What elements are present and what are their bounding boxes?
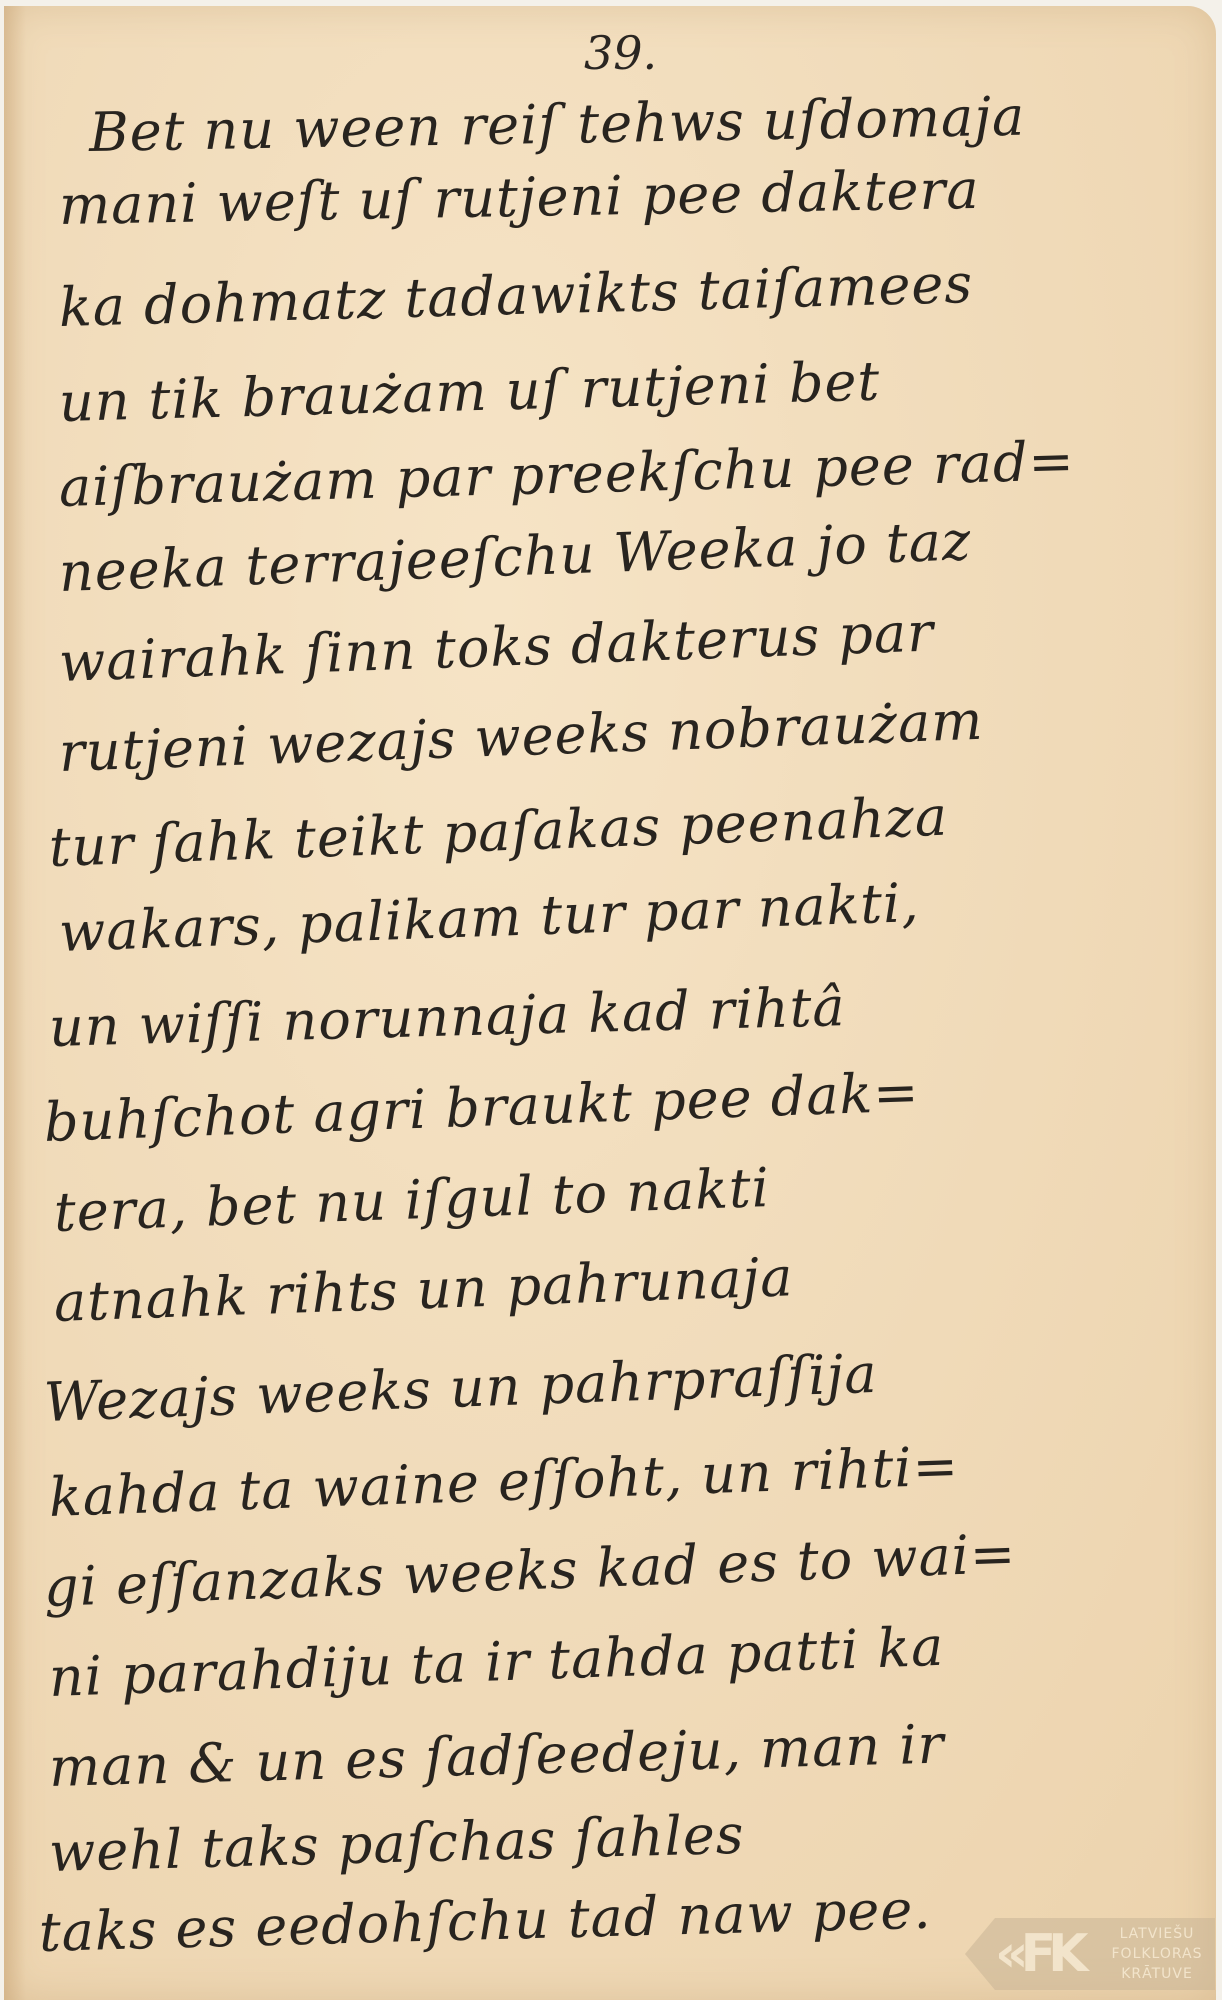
text-line: aiſbraużam par preekſchu pee rad=: [58, 429, 1075, 519]
text-line: un wiſſi norunnaja kad rihtâ: [48, 975, 846, 1059]
text-line: man & un es ſadſeedeju, man ir: [48, 1713, 945, 1799]
watermark-line-2: FOLKLORAS: [1105, 1944, 1209, 1964]
text-line: ka dohmatz tadawikts taiſamees: [58, 252, 974, 339]
text-line: wairahk ſinn toks dakterus par: [58, 600, 935, 694]
text-line: wakars, palikam tur par nakti,: [58, 871, 920, 964]
text-line: ni parahdiju ta ir tahda patti ka: [48, 1615, 945, 1709]
text-line: wehl taks paſchas ſahles: [48, 1803, 745, 1884]
text-line: tur ſahk teikt paſakas peenahza: [48, 785, 949, 879]
watermark-line-3: KRĀTUVE: [1105, 1964, 1209, 1984]
text-line: kahda ta waine eſſoht, un rihti=: [48, 1434, 960, 1529]
text-line: neeka terrajeeſchu Weeka jo taz: [58, 509, 972, 604]
watermark-line-1: LATVIEŠU: [1105, 1924, 1209, 1944]
text-line: gi eſſanzaks weeks kad es to wai=: [43, 1522, 1017, 1619]
manuscript-page: 39. Bet nu ween reiſ tehws uſdomaja mani…: [4, 6, 1216, 2000]
text-line: taks es eedohſchu tad naw pee.: [38, 1878, 932, 1964]
text-line: un tik braużam uſ rutjeni bet: [58, 350, 881, 434]
text-line: atnahk rihts un pahrunaja: [53, 1245, 794, 1334]
text-line: tera, bet nu iſgul to nakti: [53, 1156, 771, 1244]
lfk-logo-icon: «FK: [995, 1924, 1105, 1984]
text-line: buhſchot agri braukt pee dak=: [43, 1060, 921, 1154]
watermark-text: LATVIEŠU FOLKLORAS KRĀTUVE: [1105, 1924, 1209, 1984]
text-line: rutjeni wezajs weeks nobraużam: [58, 689, 985, 784]
text-line: Bet nu ween reiſ tehws uſdomaja: [88, 85, 1025, 164]
text-line: Wezajs weeks un pahrpraſſija: [43, 1342, 879, 1434]
archive-watermark: «FK LATVIEŠU FOLKLORAS KRĀTUVE: [965, 1918, 1215, 1990]
text-line: mani weſt uſ rutjeni pee daktera: [58, 158, 980, 237]
handwritten-text: Bet nu ween reiſ tehws uſdomaja mani weſ…: [4, 6, 1216, 2000]
